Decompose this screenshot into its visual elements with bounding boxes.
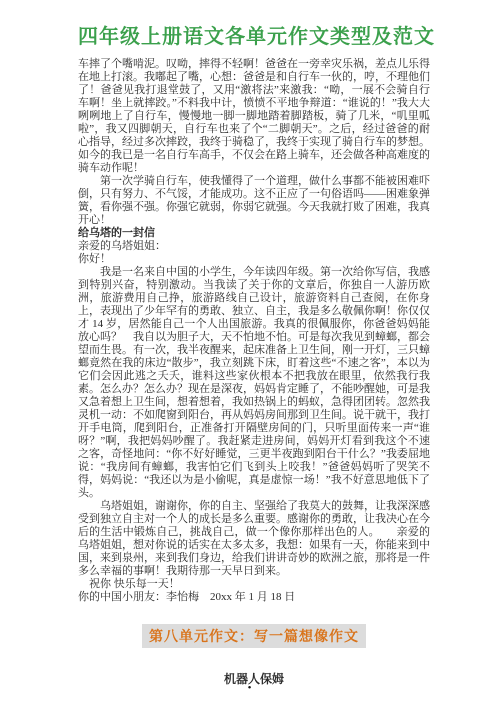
document-content: 四年级上册语文各单元作文类型及范文 车摔了个嘴啃泥。叹呦，摔得不轻啊！爸爸在一旁… <box>78 20 430 687</box>
essay-bike-section: 车摔了个嘴啃泥。叹呦，摔得不轻啊！爸爸在一旁幸灾乐祸，差点儿乐得在地上打滚。我嘟… <box>78 58 430 227</box>
unit8-heading: 第八单元作文：写一篇想像作文 <box>142 624 366 648</box>
essay-bike-paragraph: 车摔了个嘴啃泥。叹呦，摔得不轻啊！爸爸在一旁幸灾乐祸，差点儿乐得在地上打滚。我嘟… <box>78 58 430 175</box>
letter-salutation: 亲爱的乌塔姐姐： <box>78 240 430 253</box>
document-page: 四年级上册语文各单元作文类型及范文 车摔了个嘴啃泥。叹呦，摔得不轻啊！爸爸在一旁… <box>0 0 499 706</box>
page-marker-dot: • <box>0 682 499 694</box>
letter-section: 给乌塔的一封信 亲爱的乌塔姐姐： 你好！ 我是一名来自中国的小学生，今年读四年级… <box>78 227 430 604</box>
unit8-heading-row: 第八单元作文：写一篇想像作文 <box>78 624 430 648</box>
letter-signature: 你的中国小朋友：李怡梅 20xx 年 1 月 18 日 <box>78 591 430 604</box>
letter-heading: 给乌塔的一封信 <box>78 227 430 240</box>
document-title: 四年级上册语文各单元作文类型及范文 <box>78 20 430 49</box>
letter-paragraph: 乌塔姐姐，谢谢你，你的自主、坚强给了我莫大的鼓舞，让我深深感受到独立自主对一个人… <box>78 500 430 578</box>
letter-wish: 祝你 快乐每一天！ <box>78 578 430 591</box>
essay-bike-paragraph: 第一次学骑自行车，使我懂得了一个道理，做什么事都不能被困难吓倒，只有努力、不气馁… <box>78 175 430 227</box>
letter-paragraph: 我是一名来自中国的小学生，今年读四年级。第一次给你写信，我感到特别兴奋，特别激动… <box>78 266 430 500</box>
letter-greeting: 你好！ <box>78 253 430 266</box>
